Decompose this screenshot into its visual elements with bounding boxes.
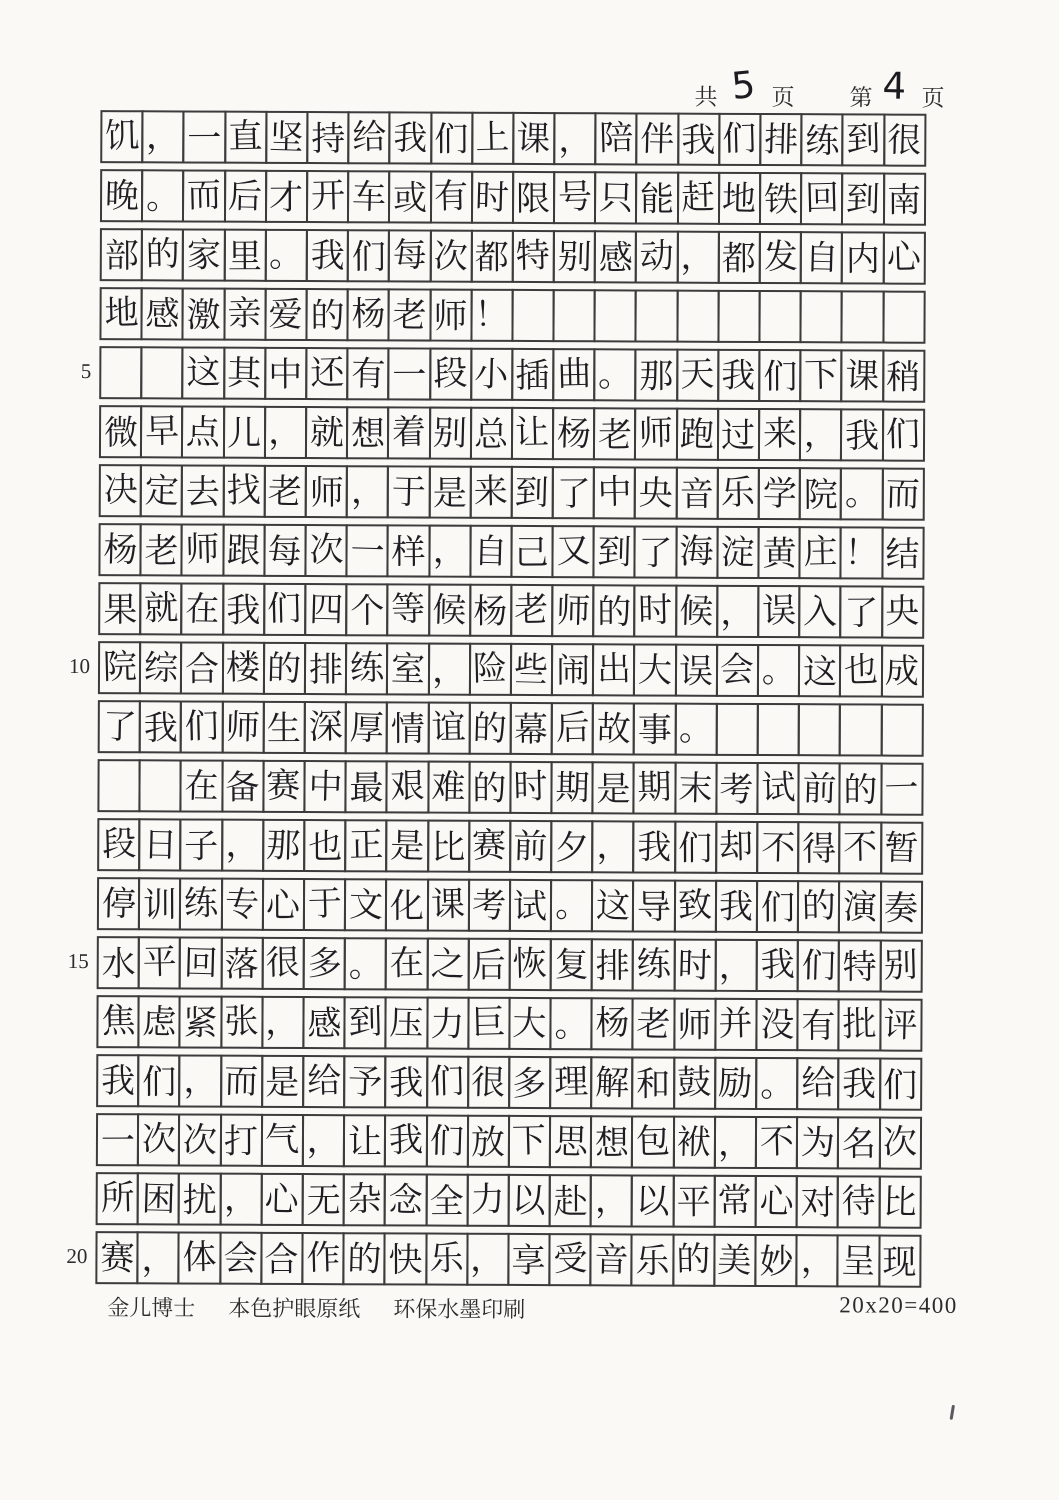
grid-cell: 还 xyxy=(305,347,348,400)
handwritten-character: 的 xyxy=(801,888,836,923)
handwritten-character: 中 xyxy=(597,474,632,509)
footer-brand-label: 金儿博士 xyxy=(107,1291,195,1322)
grid-cell: 那 xyxy=(262,819,305,872)
handwritten-character: 心 xyxy=(265,1182,300,1217)
grid-cell: 到 xyxy=(842,113,885,166)
grid-cell: 以 xyxy=(507,1174,550,1227)
handwritten-character: 次 xyxy=(309,532,344,567)
handwritten-character: 们 xyxy=(886,417,921,452)
grid-cell: 这 xyxy=(182,346,225,399)
grid-cell: 一 xyxy=(880,763,923,816)
footer-printing-label: 环保水墨印刷 xyxy=(393,1292,525,1324)
grid-cell: 直 xyxy=(224,111,267,164)
grid-cell: 训 xyxy=(138,877,181,930)
grid-cell: 我 xyxy=(756,939,799,992)
handwritten-character: 。 xyxy=(598,357,633,392)
handwritten-character: 力 xyxy=(431,1007,465,1041)
grid-cell: 发 xyxy=(759,231,802,284)
handwritten-character: 紧 xyxy=(183,1006,217,1040)
grid-cell: 考 xyxy=(468,879,511,932)
handwritten-character: ， xyxy=(432,653,466,687)
handwritten-character: 于 xyxy=(307,886,342,921)
grid-cell: 杨 xyxy=(469,584,512,637)
grid-cell: 作 xyxy=(301,1232,344,1285)
handwritten-character: 乐 xyxy=(721,475,756,510)
grid-cell: 了 xyxy=(840,585,883,638)
handwritten-character: 样 xyxy=(391,535,425,569)
grid-cell: 家 xyxy=(182,228,225,281)
handwritten-character: 感 xyxy=(307,1007,341,1041)
grid-cell: 来 xyxy=(469,466,512,519)
grid-cell: 的 xyxy=(839,762,882,815)
grid-cell: 这 xyxy=(798,644,841,697)
handwritten-character: 快 xyxy=(388,1243,422,1277)
grid-cell: 就 xyxy=(139,582,182,635)
handwritten-character: 力 xyxy=(471,1182,506,1217)
grid-row: 我们，而是给予我们很多理解和鼓励。给我们 xyxy=(96,1054,922,1111)
grid-cell: 平 xyxy=(138,936,181,989)
grid-cell: 误 xyxy=(757,585,800,638)
scan-artifact-mark xyxy=(950,1405,955,1420)
handwritten-character: 呈 xyxy=(841,1243,876,1278)
handwritten-character: 到 xyxy=(846,122,881,157)
handwritten-character: 庄 xyxy=(803,534,838,569)
handwritten-character: 事 xyxy=(638,713,672,747)
grid-cell xyxy=(635,289,678,342)
grid-cell xyxy=(715,703,758,756)
handwritten-character: 激 xyxy=(186,298,220,332)
grid-cell: 决 xyxy=(99,464,142,517)
handwritten-character: 常 xyxy=(718,1183,753,1218)
grid-cell: 情 xyxy=(386,701,429,754)
grid-cell: 多 xyxy=(508,1056,551,1109)
handwritten-character: 让 xyxy=(348,1125,382,1159)
handwritten-character: 课 xyxy=(845,358,880,393)
grid-cell: 海 xyxy=(675,526,718,579)
grid-cell: 们 xyxy=(756,880,799,933)
handwritten-character: 压 xyxy=(389,1006,424,1041)
grid-row: 所困扰，心无杂念全力以赴，以平常心对待比 xyxy=(96,1172,922,1229)
handwritten-character: 故 xyxy=(596,711,631,746)
grid-cell xyxy=(139,759,182,812)
grid-cell: 陪 xyxy=(594,112,637,165)
grid-cell: 很 xyxy=(467,1056,510,1109)
grid-cell: 很 xyxy=(883,114,926,167)
grid-row: 微早点儿，就想着别总让杨老师跑过来，我们 xyxy=(99,405,925,462)
handwritten-character: 到 xyxy=(597,534,632,569)
handwritten-character: 老 xyxy=(598,418,632,452)
grid-cell: 室 xyxy=(386,642,429,695)
handwritten-character: 楼 xyxy=(226,650,261,685)
handwritten-character: 和 xyxy=(636,1067,670,1101)
grid-cell: 样 xyxy=(387,524,430,577)
handwritten-character: 们 xyxy=(434,122,468,156)
grid-cell: 儿 xyxy=(223,406,266,459)
handwritten-character: 作 xyxy=(306,1240,341,1275)
grid-cell: 里 xyxy=(223,229,266,282)
grid-cell: 是 xyxy=(592,761,635,814)
grid-cell: 排 xyxy=(591,938,634,991)
handwritten-character: ， xyxy=(225,827,260,862)
handwritten-character: 也 xyxy=(308,830,342,864)
handwritten-character: 放 xyxy=(471,1125,505,1159)
handwritten-character: 难 xyxy=(431,770,466,805)
handwritten-character: 果 xyxy=(103,593,137,627)
handwritten-character: 期 xyxy=(637,770,672,805)
handwritten-character: 些 xyxy=(514,652,549,687)
grid-cell: 给 xyxy=(347,111,390,164)
grid-cell: 们 xyxy=(347,229,390,282)
grid-cell: 力 xyxy=(426,997,469,1050)
grid-cell: 了 xyxy=(634,525,677,578)
grid-cell: 入 xyxy=(798,585,841,638)
handwritten-character: 上 xyxy=(475,120,510,155)
grid-cell: 心 xyxy=(260,1173,303,1226)
grid-cell: 杨 xyxy=(98,523,141,576)
grid-cell: 跑 xyxy=(676,408,719,461)
grid-cell: 艰 xyxy=(386,760,429,813)
grid-cell: 也 xyxy=(303,819,346,872)
handwritten-character: 段 xyxy=(433,356,468,391)
handwritten-character: 为 xyxy=(800,1125,835,1160)
handwritten-character: 淀 xyxy=(720,535,755,570)
grid-cell: 只 xyxy=(594,171,637,224)
handwritten-character: ， xyxy=(800,1242,835,1277)
handwritten-character: ， xyxy=(719,949,753,983)
grid-row: 焦虑紧张，感到压力巨大。杨老师并没有批评 xyxy=(96,995,922,1052)
grid-cell: 我 xyxy=(677,113,720,166)
grid-cell: 我 xyxy=(837,1057,880,1110)
handwritten-character: 回 xyxy=(183,946,218,981)
handwritten-character: 困 xyxy=(141,1181,176,1216)
grid-cell: 一 xyxy=(346,524,389,577)
grid-row: 杨老师跟每次一样，自己又到了海淀黄庄！结 xyxy=(98,523,924,580)
handwritten-character: ， xyxy=(558,123,592,157)
grid-cell: 才 xyxy=(265,170,308,223)
handwritten-character: 自 xyxy=(804,240,839,275)
handwritten-character: 自 xyxy=(473,534,508,569)
handwritten-character: 是 xyxy=(265,1065,299,1099)
grid-cell xyxy=(841,290,884,343)
handwritten-character: 我 xyxy=(226,593,260,627)
handwritten-character: 只 xyxy=(598,180,633,215)
handwritten-character: 都 xyxy=(722,241,756,275)
grid-cell: 评 xyxy=(879,999,922,1052)
grid-cell: 次 xyxy=(304,524,347,577)
grid-cell: 很 xyxy=(261,937,304,990)
grid-cell: 其 xyxy=(223,347,266,400)
handwritten-character: 化 xyxy=(390,889,424,923)
grid-cell xyxy=(553,289,596,342)
handwritten-character: 美 xyxy=(717,1243,752,1278)
handwritten-character: 。 xyxy=(761,653,796,688)
grid-cell: ， xyxy=(221,819,264,872)
grid-cell: 赴 xyxy=(549,1174,592,1227)
grid-cell: 练 xyxy=(179,877,222,930)
handwritten-character: 地 xyxy=(104,295,139,330)
grid-cell: 一 xyxy=(96,1113,139,1166)
handwritten-character: 别 xyxy=(433,416,468,451)
handwritten-character: 们 xyxy=(430,1064,465,1099)
grid-cell: 号 xyxy=(553,171,596,224)
handwritten-character: 总 xyxy=(474,417,508,451)
grid-cell: 地 xyxy=(99,287,142,340)
composition-grid: 饥，一直坚持给我们上课，陪伴我们排练到很晚。而后才开车或有时限号只能赶地铁回到南… xyxy=(95,110,926,1294)
grid-cell: 末 xyxy=(674,762,717,815)
grid-cell: 地 xyxy=(718,172,761,225)
handwritten-character: 铁 xyxy=(764,183,798,217)
handwritten-character: 一 xyxy=(392,358,426,392)
grid-cell: 给 xyxy=(796,1057,839,1110)
handwritten-character: 我 xyxy=(842,1066,877,1101)
handwritten-character: 回 xyxy=(804,180,839,215)
grid-cell: 音 xyxy=(590,1233,633,1286)
grid-cell: 那 xyxy=(635,348,678,401)
grid-cell: 深 xyxy=(304,701,347,754)
handwritten-character: 误 xyxy=(761,593,796,628)
handwritten-character: 考 xyxy=(472,888,507,923)
handwritten-character: 考 xyxy=(720,772,754,806)
grid-cell: 杂 xyxy=(343,1173,386,1226)
grid-cell: 致 xyxy=(674,880,717,933)
grid-cell: 杨 xyxy=(591,997,634,1050)
grid-cell: 们 xyxy=(879,1058,922,1111)
handwritten-character: 排 xyxy=(763,122,798,157)
handwritten-character: 那 xyxy=(266,828,301,863)
grid-cell: 天 xyxy=(676,349,719,402)
handwritten-character: 的 xyxy=(843,773,877,807)
handwritten-character: 排 xyxy=(308,653,342,687)
handwritten-character: 感 xyxy=(599,241,633,275)
handwritten-character: 。 xyxy=(554,1008,588,1042)
handwritten-character: 。 xyxy=(554,887,589,922)
handwritten-character: ， xyxy=(146,119,181,154)
handwritten-character: 早 xyxy=(144,413,179,448)
grid-cell: 定 xyxy=(140,464,183,517)
grid-cell: 微 xyxy=(99,405,142,458)
grid-cell: 限 xyxy=(512,171,555,224)
grid-cell: 师 xyxy=(305,465,348,518)
grid-cell: 时 xyxy=(471,171,514,224)
grid-cell: 文 xyxy=(344,878,387,931)
grid-cell: 每 xyxy=(263,524,306,577)
handwritten-character: 不 xyxy=(760,830,795,865)
grid-cell: 坚 xyxy=(265,111,308,164)
grid-cell: 在 xyxy=(385,937,428,990)
grid-cell: 铁 xyxy=(759,172,802,225)
handwritten-character: 停 xyxy=(101,886,136,921)
grid-cell: 伴 xyxy=(636,112,679,165)
handwritten-character: 坚 xyxy=(269,120,304,155)
handwritten-character: 别 xyxy=(883,948,918,983)
handwritten-character: 还 xyxy=(309,355,344,390)
handwritten-character: 特 xyxy=(843,950,877,984)
grid-cell: 到 xyxy=(841,172,884,225)
handwritten-character: 理 xyxy=(553,1064,588,1099)
handwritten-character: 无 xyxy=(306,1184,340,1218)
handwritten-character: 下 xyxy=(512,1123,547,1158)
grid-cell: 我 xyxy=(715,880,758,933)
handwritten-character: 院 xyxy=(804,478,838,512)
handwritten-character: 险 xyxy=(473,651,508,686)
handwritten-character: 现 xyxy=(883,1245,917,1279)
handwritten-character: 天 xyxy=(680,357,715,392)
grid-cell: 。 xyxy=(593,348,636,401)
handwritten-character: 就 xyxy=(309,415,344,450)
handwritten-character: 有 xyxy=(351,356,386,391)
grid-cell: 的 xyxy=(468,702,511,755)
handwritten-character: 乐 xyxy=(635,1244,669,1278)
grid-row: 赛，体会合作的快乐，享受音乐的美妙，呈现 xyxy=(95,1231,921,1288)
grid-cell: 。 xyxy=(344,937,387,990)
handwritten-character: 家 xyxy=(186,238,221,273)
handwritten-character: 特 xyxy=(516,238,551,273)
handwritten-character: 文 xyxy=(348,887,383,922)
grid-cell: 车 xyxy=(347,170,390,223)
grid-cell: 让 xyxy=(511,407,554,460)
handwritten-character: 候 xyxy=(432,593,467,628)
grid-cell: 练 xyxy=(632,938,675,991)
grid-cell: 师 xyxy=(221,701,264,754)
handwritten-character: 老 xyxy=(268,474,303,509)
grid-cell: 排 xyxy=(759,113,802,166)
handwritten-character: 前 xyxy=(513,829,548,864)
grid-cell: 跟 xyxy=(222,524,265,577)
grid-cell: 都 xyxy=(470,230,513,283)
total-pages-suffix-label: 页 xyxy=(771,79,795,112)
grid-cell: 力 xyxy=(466,1174,509,1227)
handwritten-character: 深 xyxy=(308,709,343,744)
handwritten-character: 导 xyxy=(637,890,671,924)
handwritten-character: 复 xyxy=(554,947,589,982)
handwritten-character: 享 xyxy=(512,1243,546,1277)
grid-cell: 到 xyxy=(593,525,636,578)
grid-cell: 大 xyxy=(633,643,676,696)
handwritten-character: 中 xyxy=(308,769,343,804)
grid-cell: 演 xyxy=(838,880,881,933)
handwritten-character: 情 xyxy=(391,712,425,746)
grid-cell: 感 xyxy=(594,230,637,283)
handwritten-character: ， xyxy=(718,1126,752,1160)
grid-cell: 了 xyxy=(98,700,141,753)
grid-cell: 我 xyxy=(222,583,265,636)
grid-cell xyxy=(97,759,140,812)
handwritten-character: 时 xyxy=(514,769,549,804)
total-pages-prefix-label: 共 xyxy=(694,79,718,112)
handwritten-character: 念 xyxy=(388,1183,423,1218)
row-number-label: 5 xyxy=(59,361,91,382)
handwritten-character: 都 xyxy=(475,240,509,274)
grid-cell: 在 xyxy=(181,582,224,635)
grid-cell: 上 xyxy=(471,112,514,165)
grid-cell: 之 xyxy=(426,938,469,991)
handwritten-character: 排 xyxy=(596,949,630,983)
handwritten-character: 合 xyxy=(265,1242,299,1276)
grid-cell: 。 xyxy=(141,169,184,222)
grid-cell: 着 xyxy=(387,406,430,459)
grid-cell: 赛 xyxy=(95,1231,138,1284)
grid-cell: 一 xyxy=(183,110,226,163)
handwritten-character: 艰 xyxy=(390,769,425,804)
handwritten-character: 解 xyxy=(595,1065,630,1100)
grid-cell: 我 xyxy=(717,349,760,402)
grid-cell: 我 xyxy=(96,1054,139,1107)
handwritten-character: 下 xyxy=(804,357,839,392)
grid-cell: 对 xyxy=(796,1175,839,1228)
handwritten-character: 爱 xyxy=(268,297,303,332)
grid-cell: 黄 xyxy=(757,526,800,579)
grid-cell: 的 xyxy=(797,880,840,933)
grid-cell: 部 xyxy=(100,228,143,281)
handwritten-character: 到 xyxy=(348,1004,383,1039)
grid-cell: 的 xyxy=(263,642,306,695)
grid-cell: 央 xyxy=(881,586,924,639)
handwritten-character: 比 xyxy=(431,830,465,864)
grid-cell: 紧 xyxy=(179,995,222,1048)
handwritten-character: 号 xyxy=(557,179,592,214)
handwritten-character: 杨 xyxy=(351,296,386,331)
grid-row: 地感激亲爱的杨老师！ xyxy=(99,287,925,344)
grid-cell xyxy=(800,290,843,343)
handwritten-character: 是 xyxy=(433,476,467,510)
grid-cell: 特 xyxy=(838,939,881,992)
grid-cell xyxy=(511,289,554,342)
handwritten-character: 持 xyxy=(311,122,345,156)
handwritten-character: ， xyxy=(183,1063,218,1098)
grid-cell: 落 xyxy=(220,937,263,990)
handwritten-character: 开 xyxy=(310,178,345,213)
handwritten-character: 落 xyxy=(225,947,259,981)
paper-footer: 金儿博士 本色护眼原纸 环保水墨印刷 xyxy=(107,1291,525,1324)
row-number-label: 15 xyxy=(57,951,89,972)
handwritten-character: 师 xyxy=(185,532,220,567)
grid-cell: 课 xyxy=(512,112,555,165)
grid-cell: 和 xyxy=(632,1056,675,1109)
grid-cell: 们 xyxy=(426,1056,469,1109)
grid-cell: ， xyxy=(714,939,757,992)
grid-cell xyxy=(798,703,841,756)
handwritten-character: 的 xyxy=(473,711,508,746)
grid-cell: 让 xyxy=(343,1114,386,1167)
grid-cell: 妙 xyxy=(754,1234,797,1287)
grid-cell: 想 xyxy=(590,1115,633,1168)
handwritten-character: 想 xyxy=(595,1126,629,1160)
footer-paper-type-label: 本色护眼原纸 xyxy=(228,1292,360,1324)
grid-cell: 。 xyxy=(550,879,593,932)
grid-cell: 故 xyxy=(592,702,635,755)
row-number-label: 20 xyxy=(55,1246,87,1267)
handwritten-character: 部 xyxy=(104,239,138,273)
handwritten-character: 闹 xyxy=(556,654,590,688)
grid-cell: 或 xyxy=(388,170,431,223)
handwritten-character: 直 xyxy=(228,119,263,154)
handwritten-character: 生 xyxy=(267,711,301,745)
grid-cell: 的 xyxy=(141,228,184,281)
grid-cell: 有 xyxy=(797,998,840,1051)
grid-cell: 赛 xyxy=(468,820,511,873)
handwritten-character: 入 xyxy=(803,594,838,629)
handwritten-character: 杨 xyxy=(473,594,507,628)
handwritten-character: 很 xyxy=(266,945,301,980)
handwritten-character: 老 xyxy=(636,1007,671,1042)
grid-cell: 予 xyxy=(343,1055,386,1108)
grid-cell: 比 xyxy=(427,820,470,873)
grid-cell: 在 xyxy=(180,759,223,812)
handwritten-character: 赴 xyxy=(553,1185,587,1219)
handwritten-character: 奏 xyxy=(884,891,918,925)
grid-cell: 总 xyxy=(470,407,513,460)
handwritten-character: 了 xyxy=(102,709,137,744)
